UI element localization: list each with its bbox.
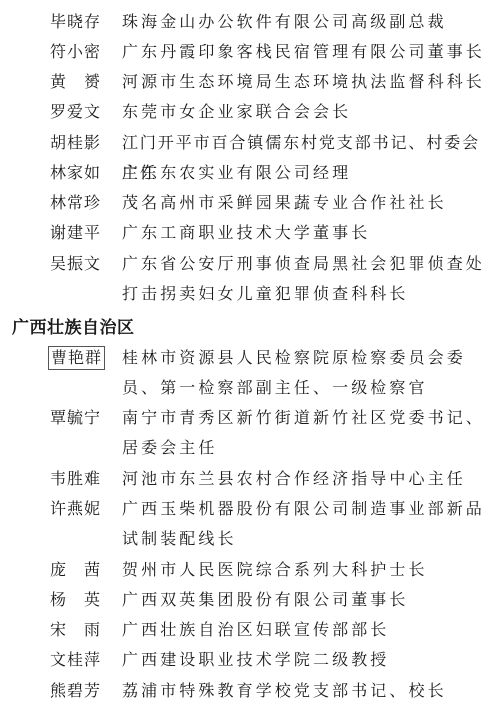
person-title: 广西壮族自治区妇联宣传部部长	[122, 615, 494, 645]
person-title: 珠海金山办公软件有限公司高级副总裁	[122, 7, 494, 37]
person-title: 广西建设职业技术学院二级教授	[122, 645, 494, 675]
list-item: 林常珍 茂名高州市采鲜园果蔬专业合作社社长	[0, 191, 500, 219]
person-name: 杨 英	[50, 588, 112, 612]
list-item: 杨 英 广西双英集团股份有限公司董事长	[0, 588, 500, 616]
person-title: 茂名高州市采鲜园果蔬专业合作社社长	[122, 188, 494, 218]
person-name: 庞 茜	[50, 558, 112, 582]
person-name: 覃毓宁	[50, 406, 112, 430]
person-name: 韦胜难	[50, 467, 112, 491]
list-item: 许燕妮 广西玉柴机器股份有限公司制造事业部新品试制装配线长	[0, 497, 500, 555]
person-title: 南宁市青秀区新竹街道新竹社区党委书记、居委会主任	[122, 403, 494, 463]
person-name: 毕晓存	[50, 10, 112, 34]
person-title: 广东省公安厅刑事侦查局黑社会犯罪侦查处打击拐卖妇女儿童犯罪侦查科科长	[122, 249, 494, 309]
person-title: 贺州市人民医院综合系列大科护士长	[122, 555, 494, 585]
person-name: 熊碧芳	[50, 679, 112, 703]
person-name: 林家如	[50, 161, 112, 185]
section-heading: 广西壮族自治区	[12, 313, 135, 338]
list-item: 文桂萍 广西建设职业技术学院二级教授	[0, 648, 500, 676]
list-item: 毕晓存 珠海金山办公软件有限公司高级副总裁	[0, 10, 500, 38]
person-name: 林常珍	[50, 191, 112, 215]
person-title: 荔浦市特殊教育学校党支部书记、校长	[122, 676, 494, 706]
list-item: 吴振文 广东省公安厅刑事侦查局黑社会犯罪侦查处打击拐卖妇女儿童犯罪侦查科科长	[0, 252, 500, 310]
list-item: 黄 赟 河源市生态环境局生态环境执法监督科科长	[0, 70, 500, 98]
list-item: 曹艳群 桂林市资源县人民检察院原检察委员会委员、第一检察部副主任、一级检察官	[0, 346, 500, 404]
list-item: 宋 雨 广西壮族自治区妇联宣传部部长	[0, 618, 500, 646]
person-name: 宋 雨	[50, 618, 112, 642]
person-title: 广东东农实业有限公司经理	[122, 158, 494, 188]
list-item: 林家如 广东东农实业有限公司经理	[0, 161, 500, 189]
person-title: 河源市生态环境局生态环境执法监督科科长	[122, 67, 494, 97]
list-item: 罗爱文 东莞市女企业家联合会会长	[0, 100, 500, 128]
list-item: 韦胜难 河池市东兰县农村合作经济指导中心主任	[0, 467, 500, 495]
document-page: 毕晓存 珠海金山办公软件有限公司高级副总裁 符小密 广东丹霞印象客栈民宿管理有限…	[0, 0, 500, 707]
person-name: 罗爱文	[50, 100, 112, 124]
list-item: 胡桂影 江门开平市百合镇儒东村党支部书记、村委会主任	[0, 131, 500, 159]
person-name: 吴振文	[50, 252, 112, 276]
person-title: 广西玉柴机器股份有限公司制造事业部新品试制装配线长	[122, 494, 494, 554]
person-name: 谢建平	[50, 221, 112, 245]
person-name: 许燕妮	[50, 497, 112, 521]
person-title: 东莞市女企业家联合会会长	[122, 97, 494, 127]
person-name: 符小密	[50, 40, 112, 64]
person-name: 黄 赟	[50, 70, 112, 94]
person-name-boxed: 曹艳群	[48, 346, 105, 370]
person-name: 文桂萍	[50, 648, 112, 672]
list-item: 覃毓宁 南宁市青秀区新竹街道新竹社区党委书记、居委会主任	[0, 406, 500, 464]
person-name: 胡桂影	[50, 131, 112, 155]
person-title: 广东工商职业技术大学董事长	[122, 218, 494, 248]
person-title: 广东丹霞印象客栈民宿管理有限公司董事长	[122, 37, 494, 67]
person-title: 广西双英集团股份有限公司董事长	[122, 585, 494, 615]
list-item: 熊碧芳 荔浦市特殊教育学校党支部书记、校长	[0, 679, 500, 707]
list-item: 符小密 广东丹霞印象客栈民宿管理有限公司董事长	[0, 40, 500, 68]
person-title: 河池市东兰县农村合作经济指导中心主任	[122, 464, 494, 494]
person-title: 桂林市资源县人民检察院原检察委员会委员、第一检察部副主任、一级检察官	[122, 343, 494, 403]
list-item: 谢建平 广东工商职业技术大学董事长	[0, 221, 500, 249]
list-item: 庞 茜 贺州市人民医院综合系列大科护士长	[0, 558, 500, 586]
